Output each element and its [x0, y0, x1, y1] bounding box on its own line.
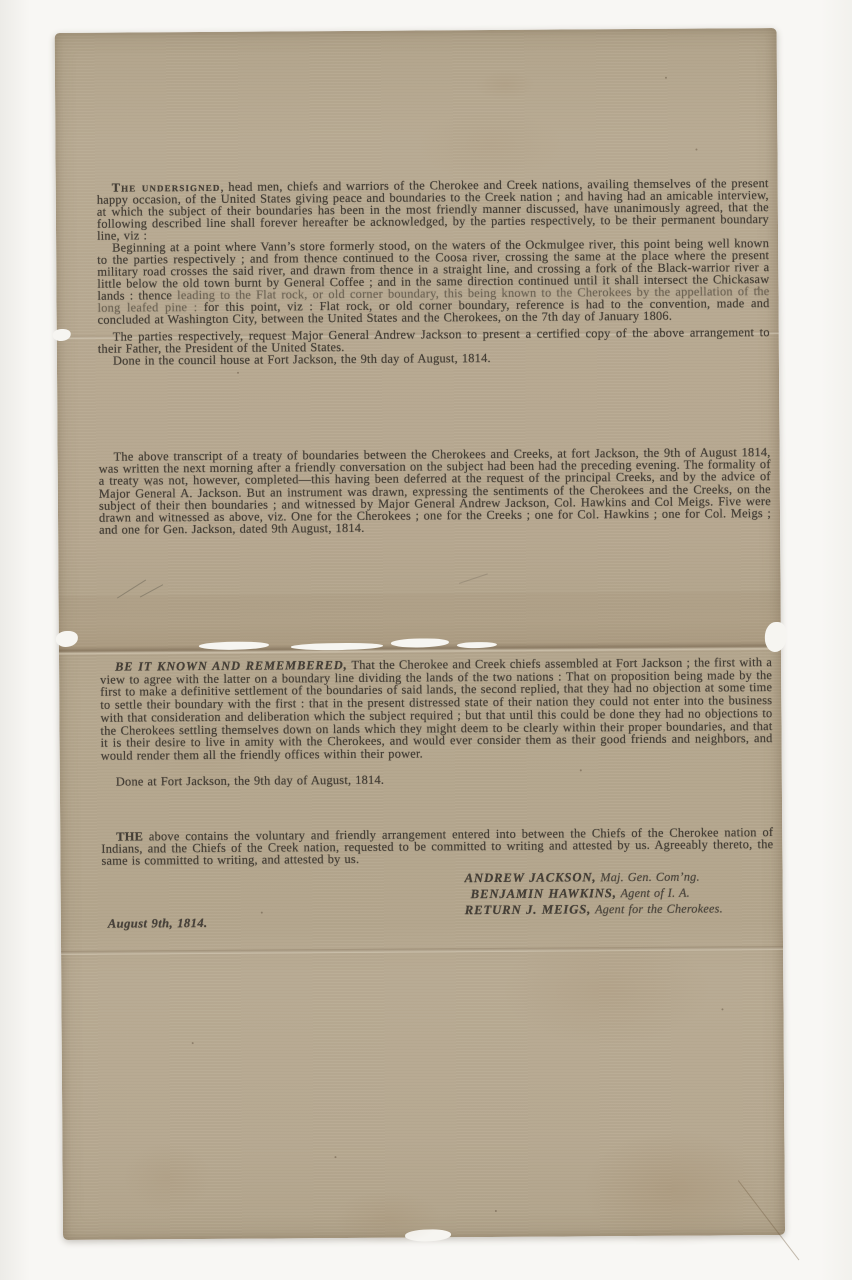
paper-tear: [53, 329, 71, 341]
stain: [582, 1128, 763, 1249]
attestation-section: THE above contains the voluntary and fri…: [101, 826, 773, 867]
stain: [122, 1142, 212, 1213]
pencil-mark: [459, 573, 488, 583]
treaty-boundary-section: The undersigned, head men, chiefs and wa…: [97, 177, 770, 367]
paragraph-undersigned: The undersigned, head men, chiefs and wa…: [97, 177, 769, 242]
stain: [501, 928, 712, 1049]
date-line: August 9th, 1814.: [108, 916, 208, 932]
speck: [695, 149, 697, 151]
printed-text-area: The undersigned, head men, chiefs and wa…: [96, 28, 768, 33]
speck: [192, 1042, 194, 1044]
signature-benjamin-hawkins: BENJAMIN HAWKINS, Agent of I. A.: [471, 884, 723, 902]
signature-block: ANDREW JACKSON, Maj. Gen. Com’ng. BENJAM…: [464, 868, 722, 918]
paragraph-attestation: THE above contains the voluntary and fri…: [101, 826, 773, 867]
paragraph-done-council-house: Done in the council house at Fort Jackso…: [98, 350, 770, 367]
speck: [721, 1008, 723, 1010]
paragraph-boundary-description: Beginning at a point where Vann’s store …: [97, 237, 770, 326]
paper-tear: [765, 622, 787, 652]
speck: [495, 1210, 497, 1212]
paragraph-be-it-known: BE IT KNOWN AND REMEMBERED, That the Che…: [100, 656, 773, 762]
speck: [334, 1156, 336, 1158]
speck: [665, 77, 667, 79]
signature-andrew-jackson: ANDREW JACKSON, Maj. Gen. Com’ng.: [464, 868, 722, 886]
signature-return-meigs: RETURN J. MEIGS, Agent for the Cherokees…: [465, 900, 723, 918]
speck: [237, 372, 239, 374]
paragraph-transcript-note: The above transcript of a treaty of boun…: [99, 446, 772, 536]
paragraph-done-fort-jackson: Done at Fort Jackson, the 9th day of Aug…: [101, 771, 773, 788]
be-it-known-section: BE IT KNOWN AND REMEMBERED, That the Che…: [100, 656, 773, 788]
paper-sheet: The undersigned, head men, chiefs and wa…: [55, 28, 785, 1240]
transcript-note-section: The above transcript of a treaty of boun…: [99, 446, 772, 536]
speck: [261, 912, 263, 914]
scanned-document-view: { "meta": { "kind": "scanned historical …: [0, 0, 852, 1280]
stain: [415, 109, 565, 180]
stain: [475, 70, 535, 100]
